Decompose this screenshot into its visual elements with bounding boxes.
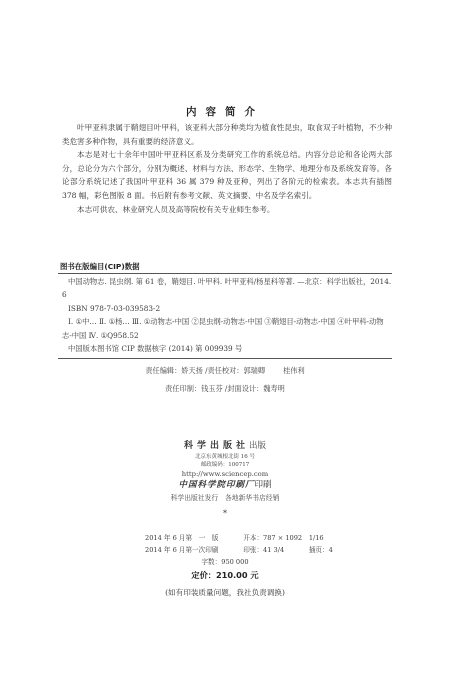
edition-info: 2014 年 6 月第 一 版 开本：787 × 1092 1/16 2014 … xyxy=(145,532,365,557)
cip-line: 中国版本图书馆 CIP 数据核字 (2014) 第 009939 号 xyxy=(62,342,392,355)
printer: 中国科学院印刷厂印刷 xyxy=(0,479,450,492)
credits-line-print: 责任印制：钱玉芬 /封面设计：魏寿明 xyxy=(0,380,450,398)
printer-logo-text: 中国科学院印刷厂 xyxy=(178,480,254,490)
quality-notice: (如有印装质量问题，我社负责调换) xyxy=(0,587,450,598)
word-count: 字数：950 000 xyxy=(0,556,450,568)
publisher-address: 北京东黄城根北街 16 号 xyxy=(0,453,450,461)
credits-line-editors: 责任编辑：娇天扬 /责任校对：郭瑞卿桂伟利 xyxy=(0,362,450,380)
cip-top-rule xyxy=(58,273,392,274)
price: 定价：210.00 元 xyxy=(0,570,450,581)
cip-bottom-rule xyxy=(58,358,392,359)
distribution: 科学出版社发行 各地新华书店经销 xyxy=(0,492,450,504)
cip-isbn: ISBN 978-7-03-039583-2 xyxy=(62,302,392,315)
publisher-postcode: 邮政编码：100717 xyxy=(0,461,450,469)
summary-paragraph: 叶甲亚科隶属于鞘翅目叶甲科，该亚科大部分种类均为植食性昆虫，取食双子叶植物，不少… xyxy=(62,121,392,148)
copyright-page: 内容简介 叶甲亚科隶属于鞘翅目叶甲科，该亚科大部分种类均为植食性昆虫，取食双子叶… xyxy=(0,0,450,674)
cip-line: 中国动物志. 昆虫纲. 第 61 卷，鞘翅目. 叶甲科. 叶甲亚科/杨星科等著.… xyxy=(62,275,392,302)
summary-paragraph: 本志可供农、林业研究人员及高等院校有关专业师生参考。 xyxy=(62,203,392,217)
summary-paragraph: 本志是对七十余年中国叶甲亚科区系及分类研究工作的系统总结。内容分总论和各论两大部… xyxy=(62,148,392,202)
credits: 责任编辑：娇天扬 /责任校对：郭瑞卿桂伟利 责任印制：钱玉芬 /封面设计：魏寿明 xyxy=(0,362,450,398)
separator-star: * xyxy=(0,507,450,521)
cip-line: Ⅰ. ①中… Ⅱ. ①杨… Ⅲ. ①动物志-中国 ②昆虫纲-动物志-中国 ③鞘翅… xyxy=(62,315,392,342)
publisher-url: http://www.sciencep.com xyxy=(0,469,450,479)
cip-body: 中国动物志. 昆虫纲. 第 61 卷，鞘翅目. 叶甲科. 叶甲亚科/杨星科等著.… xyxy=(62,275,392,355)
edition-row: 2014 年 6 月第 一 版 开本：787 × 1092 1/16 xyxy=(145,532,365,544)
imprint: 科学出版社出版 北京东黄城根北街 16 号 邮政编码：100717 http:/… xyxy=(0,440,450,521)
summary-body: 叶甲亚科隶属于鞘翅目叶甲科，该亚科大部分种类均为植食性昆虫，取食双子叶植物，不少… xyxy=(62,121,392,216)
summary-title: 内容简介 xyxy=(0,104,450,119)
cip-heading: 图书在版编目(CIP)数据 xyxy=(60,261,139,272)
publisher-logo-text: 科学出版社 xyxy=(184,441,249,451)
edition-row: 2014 年 6 月第一次印刷 印张：41 3/4 插页：4 xyxy=(145,544,365,556)
publisher: 科学出版社出版 xyxy=(0,440,450,453)
